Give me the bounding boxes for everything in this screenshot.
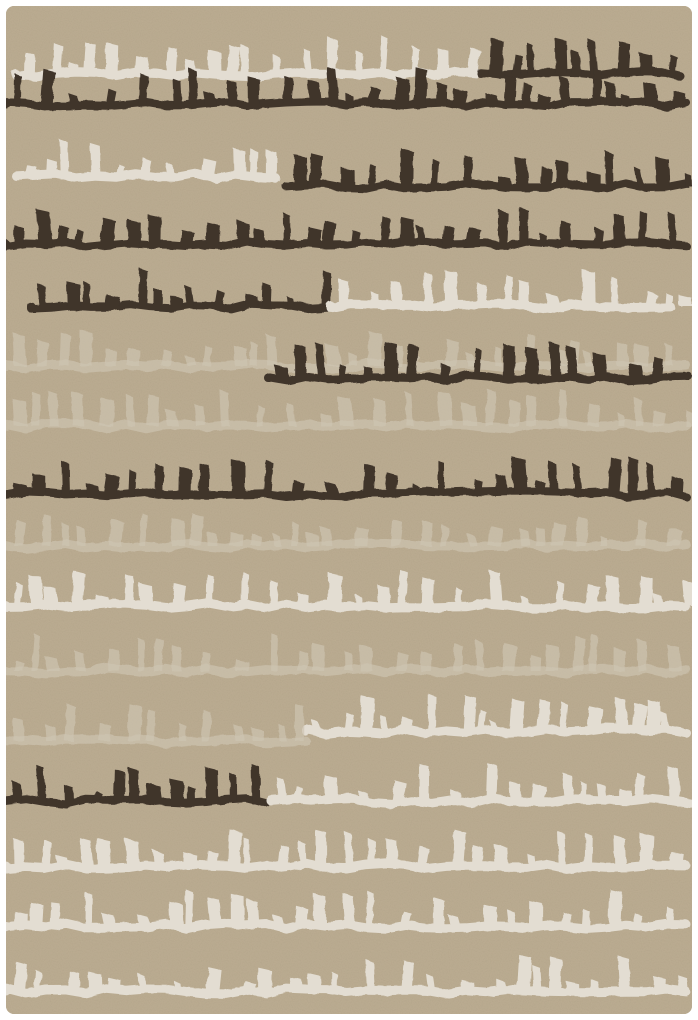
- brush-stroke-mark: [518, 280, 529, 306]
- brush-stroke-mark: [50, 902, 61, 926]
- brush-stroke-mark: [433, 897, 444, 926]
- brush-stroke-mark: [638, 211, 647, 245]
- brush-stroke-mark: [384, 341, 398, 378]
- brush-stroke-mark: [498, 210, 508, 244]
- brush-stroke-mark: [559, 388, 567, 426]
- brush-stroke-mark: [519, 207, 528, 244]
- brush-stroke-mark: [108, 648, 120, 671]
- brush-stroke-mark: [36, 210, 52, 245]
- brush-stroke-mark: [436, 82, 447, 104]
- brush-stroke-mark: [89, 972, 103, 991]
- brush-stroke-mark: [124, 574, 134, 606]
- brush-stroke-mark: [46, 159, 57, 176]
- brush-stroke-mark: [66, 281, 80, 306]
- brush-stroke-mark: [128, 469, 135, 494]
- brush-stroke-mark: [617, 342, 629, 366]
- brush-stroke-mark: [206, 967, 222, 991]
- brush-stroke-mark: [48, 391, 58, 426]
- brush-stroke-mark: [614, 648, 625, 672]
- brush-stroke-mark: [189, 68, 198, 104]
- brush-stroke-mark: [248, 76, 260, 104]
- brush-stroke-mark: [560, 221, 571, 244]
- brush-stroke-mark: [463, 695, 477, 731]
- rug-pattern: [6, 6, 692, 1014]
- brush-stroke-mark: [59, 139, 69, 176]
- brush-stroke-mark: [227, 80, 237, 104]
- brush-stroke-mark: [545, 645, 559, 671]
- brush-stroke-mark: [420, 651, 432, 671]
- brush-stroke-mark: [241, 571, 248, 606]
- brush-stroke-mark: [643, 82, 658, 104]
- brush-stroke-mark: [341, 167, 355, 186]
- brush-stroke-mark: [504, 75, 517, 104]
- brush-stroke-mark: [125, 838, 140, 866]
- brush-stroke-mark: [231, 460, 245, 494]
- brush-stroke-mark: [527, 43, 534, 74]
- brush-stroke-mark: [548, 956, 561, 991]
- brush-stroke-mark: [262, 283, 271, 306]
- brush-stroke-mark: [666, 907, 674, 926]
- brush-stroke-mark: [234, 148, 246, 176]
- brush-stroke-mark: [377, 584, 390, 606]
- brush-stroke-mark: [582, 909, 590, 926]
- brush-stroke-mark: [461, 403, 477, 426]
- brush-stroke-mark: [585, 833, 593, 866]
- brush-stroke-mark: [471, 845, 483, 866]
- brush-stroke-mark: [476, 640, 484, 671]
- brush-stroke-mark: [396, 77, 410, 104]
- brush-stroke-mark: [431, 158, 439, 186]
- brush-stroke-mark: [421, 521, 433, 546]
- brush-stroke-mark: [608, 889, 622, 926]
- brush-stroke-mark: [555, 38, 568, 74]
- brush-stroke-mark: [592, 352, 607, 378]
- brush-stroke-mark: [414, 67, 428, 104]
- brush-stroke-mark: [532, 965, 542, 991]
- brush-stroke-mark: [12, 717, 24, 741]
- brush-stroke-mark: [28, 574, 44, 606]
- brush-stroke-mark: [647, 699, 660, 731]
- brush-stroke-mark: [13, 333, 26, 366]
- brush-stroke-mark: [366, 891, 374, 926]
- brush-stroke-mark: [356, 51, 363, 74]
- brush-stroke-mark: [105, 43, 118, 75]
- brush-stroke-mark: [148, 215, 162, 244]
- brush-stroke-mark: [251, 764, 260, 802]
- brush-stroke-mark: [71, 571, 86, 606]
- brush-stroke-mark: [307, 227, 323, 244]
- brush-stroke-mark: [155, 463, 163, 494]
- brush-stroke-mark: [359, 696, 374, 731]
- brush-stroke-mark: [36, 340, 49, 366]
- brush-stroke-mark: [206, 574, 214, 607]
- brush-stroke-mark: [522, 82, 531, 104]
- brush-stroke-mark: [29, 902, 43, 926]
- brush-stroke-mark: [587, 706, 603, 731]
- brush-stroke-mark: [83, 281, 90, 306]
- brush-stroke-mark: [99, 398, 115, 426]
- brush-stroke-mark: [495, 346, 502, 366]
- brush-stroke-mark: [61, 522, 69, 546]
- brush-stroke-mark: [614, 835, 626, 866]
- brush-stroke-mark: [556, 160, 569, 186]
- brush-stroke-mark: [76, 526, 85, 546]
- brush-stroke-mark: [79, 330, 92, 366]
- brush-stroke-mark: [109, 519, 124, 546]
- brush-stroke-mark: [199, 463, 210, 494]
- brush-stroke-mark: [237, 220, 249, 244]
- brush-stroke-mark: [127, 704, 142, 741]
- brush-stroke-mark: [463, 155, 473, 186]
- brush-stroke-mark: [231, 894, 244, 926]
- brush-stroke-mark: [147, 394, 159, 426]
- brush-stroke-mark: [127, 347, 140, 366]
- brush-stroke-mark: [228, 829, 242, 866]
- brush-stroke-mark: [266, 150, 277, 176]
- brush-stroke-mark: [205, 767, 218, 801]
- brush-stroke-mark: [32, 473, 46, 494]
- brush-stroke-mark: [445, 339, 459, 366]
- brush-stroke-mark: [628, 457, 638, 495]
- brush-stroke-mark: [535, 526, 546, 546]
- brush-stroke-mark: [84, 892, 92, 926]
- brush-stroke-mark: [605, 151, 614, 187]
- brush-stroke-mark: [374, 399, 386, 426]
- brush-stroke-mark: [208, 50, 222, 74]
- brush-stroke-mark: [529, 901, 543, 926]
- brush-stroke-mark: [282, 76, 293, 104]
- brush-stroke-mark: [139, 583, 153, 606]
- brush-stroke-mark: [613, 213, 626, 244]
- brush-stroke-mark: [295, 704, 304, 742]
- brush-stroke-mark: [324, 775, 337, 801]
- brush-stroke-mark: [294, 155, 307, 186]
- brush-stroke-mark: [271, 634, 278, 671]
- brush-stroke-mark: [400, 148, 413, 186]
- brush-stroke-mark: [484, 904, 498, 926]
- brush-stroke-mark: [494, 844, 509, 866]
- brush-stroke-mark: [428, 694, 436, 731]
- brush-stroke-mark: [652, 357, 663, 378]
- brush-stroke-mark: [671, 476, 683, 494]
- brush-stroke-mark: [444, 269, 458, 306]
- brush-stroke-mark: [14, 73, 22, 104]
- rug-photo: Rectangular tan rug with rows of dark br…: [6, 6, 692, 1014]
- brush-stroke-mark: [438, 391, 454, 426]
- brush-stroke-mark: [531, 784, 546, 801]
- brush-stroke-mark: [13, 399, 28, 427]
- brush-stroke-mark: [582, 269, 596, 306]
- brush-stroke-mark: [400, 217, 414, 244]
- brush-stroke-mark: [134, 56, 149, 75]
- brush-stroke-mark: [618, 955, 631, 991]
- brush-stroke-mark: [587, 403, 600, 426]
- brush-stroke-mark: [368, 331, 382, 366]
- brush-stroke-mark: [510, 699, 525, 732]
- brush-stroke-mark: [438, 48, 450, 74]
- brush-stroke-mark: [339, 279, 350, 306]
- brush-stroke-mark: [549, 342, 561, 378]
- brush-stroke-mark: [138, 73, 148, 104]
- brush-stroke-mark: [96, 838, 110, 866]
- brush-stroke-mark: [273, 54, 280, 74]
- brush-stroke-mark: [179, 723, 187, 741]
- brush-stroke-mark: [185, 889, 193, 926]
- brush-stroke-mark: [666, 528, 682, 546]
- brush-stroke-mark: [14, 225, 24, 244]
- brush-stroke-mark: [83, 42, 96, 74]
- brush-stroke-mark: [489, 38, 504, 74]
- brush-stroke-mark: [169, 902, 184, 926]
- brush-stroke-mark: [359, 645, 372, 671]
- brush-stroke-mark: [128, 767, 139, 801]
- brush-stroke-mark: [105, 349, 117, 366]
- brush-stroke-mark: [59, 332, 70, 366]
- brush-stroke-mark: [90, 143, 101, 176]
- brush-stroke-mark: [172, 584, 186, 607]
- brush-stroke-mark: [173, 78, 183, 104]
- brush-stroke-mark: [206, 222, 219, 244]
- brush-stroke-mark: [166, 46, 177, 74]
- brush-stroke-mark: [219, 389, 229, 426]
- brush-stroke-mark: [331, 972, 338, 991]
- brush-stroke-mark: [593, 68, 602, 104]
- brush-stroke-mark: [99, 723, 112, 741]
- brush-stroke-mark: [456, 587, 462, 606]
- brush-stroke-mark: [424, 272, 432, 307]
- brush-stroke-mark: [526, 395, 537, 426]
- brush-stroke-mark: [233, 345, 248, 366]
- brush-stroke-mark: [100, 218, 115, 244]
- brush-stroke-mark: [363, 464, 375, 494]
- brush-stroke-mark: [541, 166, 552, 186]
- brush-stroke-mark: [549, 461, 558, 494]
- brush-stroke-mark: [581, 781, 587, 801]
- brush-stroke-mark: [328, 573, 342, 606]
- brush-stroke-mark: [179, 467, 192, 494]
- brush-stroke-mark: [172, 645, 182, 671]
- brush-stroke-mark: [43, 586, 58, 607]
- brush-stroke-mark: [315, 830, 327, 866]
- brush-stroke-mark: [114, 769, 125, 801]
- brush-stroke-mark: [503, 344, 515, 378]
- brush-stroke-baseline: [331, 304, 671, 309]
- brush-stroke-mark: [345, 651, 353, 671]
- brush-stroke-mark: [266, 334, 277, 366]
- brush-stroke-mark: [137, 638, 144, 671]
- brush-stroke-mark: [201, 158, 216, 176]
- brush-stroke-mark: [169, 779, 185, 802]
- brush-stroke-mark: [396, 652, 409, 671]
- brush-stroke-mark: [419, 763, 429, 801]
- brush-stroke-mark: [495, 473, 508, 494]
- brush-stroke-mark: [312, 643, 325, 671]
- brush-stroke-mark: [244, 838, 250, 867]
- brush-stroke-mark: [593, 227, 603, 244]
- brush-stroke-mark: [240, 44, 248, 74]
- brush-stroke-mark: [68, 971, 80, 991]
- brush-stroke-mark: [295, 906, 308, 926]
- brush-stroke-mark: [685, 411, 692, 426]
- brush-stroke-mark: [171, 518, 185, 546]
- brush-stroke-mark: [634, 343, 648, 366]
- brush-stroke-mark: [31, 392, 40, 426]
- brush-stroke-mark: [57, 225, 69, 244]
- brush-stroke-mark: [514, 157, 529, 186]
- brush-stroke-mark: [269, 580, 278, 606]
- brush-stroke-mark: [617, 42, 630, 74]
- brush-stroke-mark: [258, 968, 272, 991]
- brush-stroke-mark: [421, 577, 434, 606]
- brush-stroke-mark: [640, 53, 654, 74]
- brush-stroke-mark: [61, 461, 70, 494]
- brush-stroke-mark: [368, 838, 376, 866]
- brush-stroke-mark: [437, 460, 444, 494]
- brush-stroke-mark: [637, 639, 647, 671]
- brush-stroke-mark: [442, 225, 455, 244]
- brush-stroke-mark: [71, 391, 84, 426]
- brush-stroke-mark: [632, 703, 648, 731]
- brush-stroke-mark: [250, 149, 258, 176]
- brush-stroke-mark: [295, 344, 307, 378]
- brush-stroke-mark: [313, 893, 325, 926]
- brush-stroke-mark: [454, 643, 463, 671]
- brush-stroke-mark: [452, 830, 466, 866]
- brush-stroke-mark: [250, 341, 257, 366]
- brush-stroke-mark: [24, 52, 35, 74]
- brush-stroke-mark: [655, 157, 670, 187]
- brush-stroke-mark: [230, 773, 238, 801]
- brush-stroke-mark: [283, 213, 290, 244]
- brush-stroke-mark: [606, 575, 620, 606]
- brush-stroke-mark: [299, 841, 307, 866]
- brush-stroke-mark: [508, 400, 520, 426]
- brush-stroke-mark: [611, 276, 618, 306]
- brush-stroke-mark: [127, 220, 140, 244]
- brush-stroke-mark: [488, 525, 502, 546]
- brush-stroke-mark: [13, 839, 24, 867]
- brush-stroke-mark: [524, 346, 539, 378]
- brush-stroke-mark: [355, 526, 369, 546]
- brush-stroke-mark: [247, 899, 259, 926]
- brush-stroke-mark: [42, 514, 51, 546]
- brush-stroke-mark: [556, 581, 564, 606]
- brush-stroke-mark: [639, 833, 654, 866]
- brush-stroke-mark: [509, 781, 522, 801]
- brush-stroke-mark: [517, 955, 532, 991]
- brush-stroke-mark: [640, 576, 653, 606]
- brush-stroke-mark: [386, 838, 398, 866]
- brush-stroke-mark: [323, 270, 332, 306]
- brush-stroke-mark: [365, 959, 374, 991]
- brush-stroke-mark: [558, 831, 566, 866]
- brush-stroke-mark: [486, 763, 498, 801]
- brush-stroke-mark: [153, 288, 163, 306]
